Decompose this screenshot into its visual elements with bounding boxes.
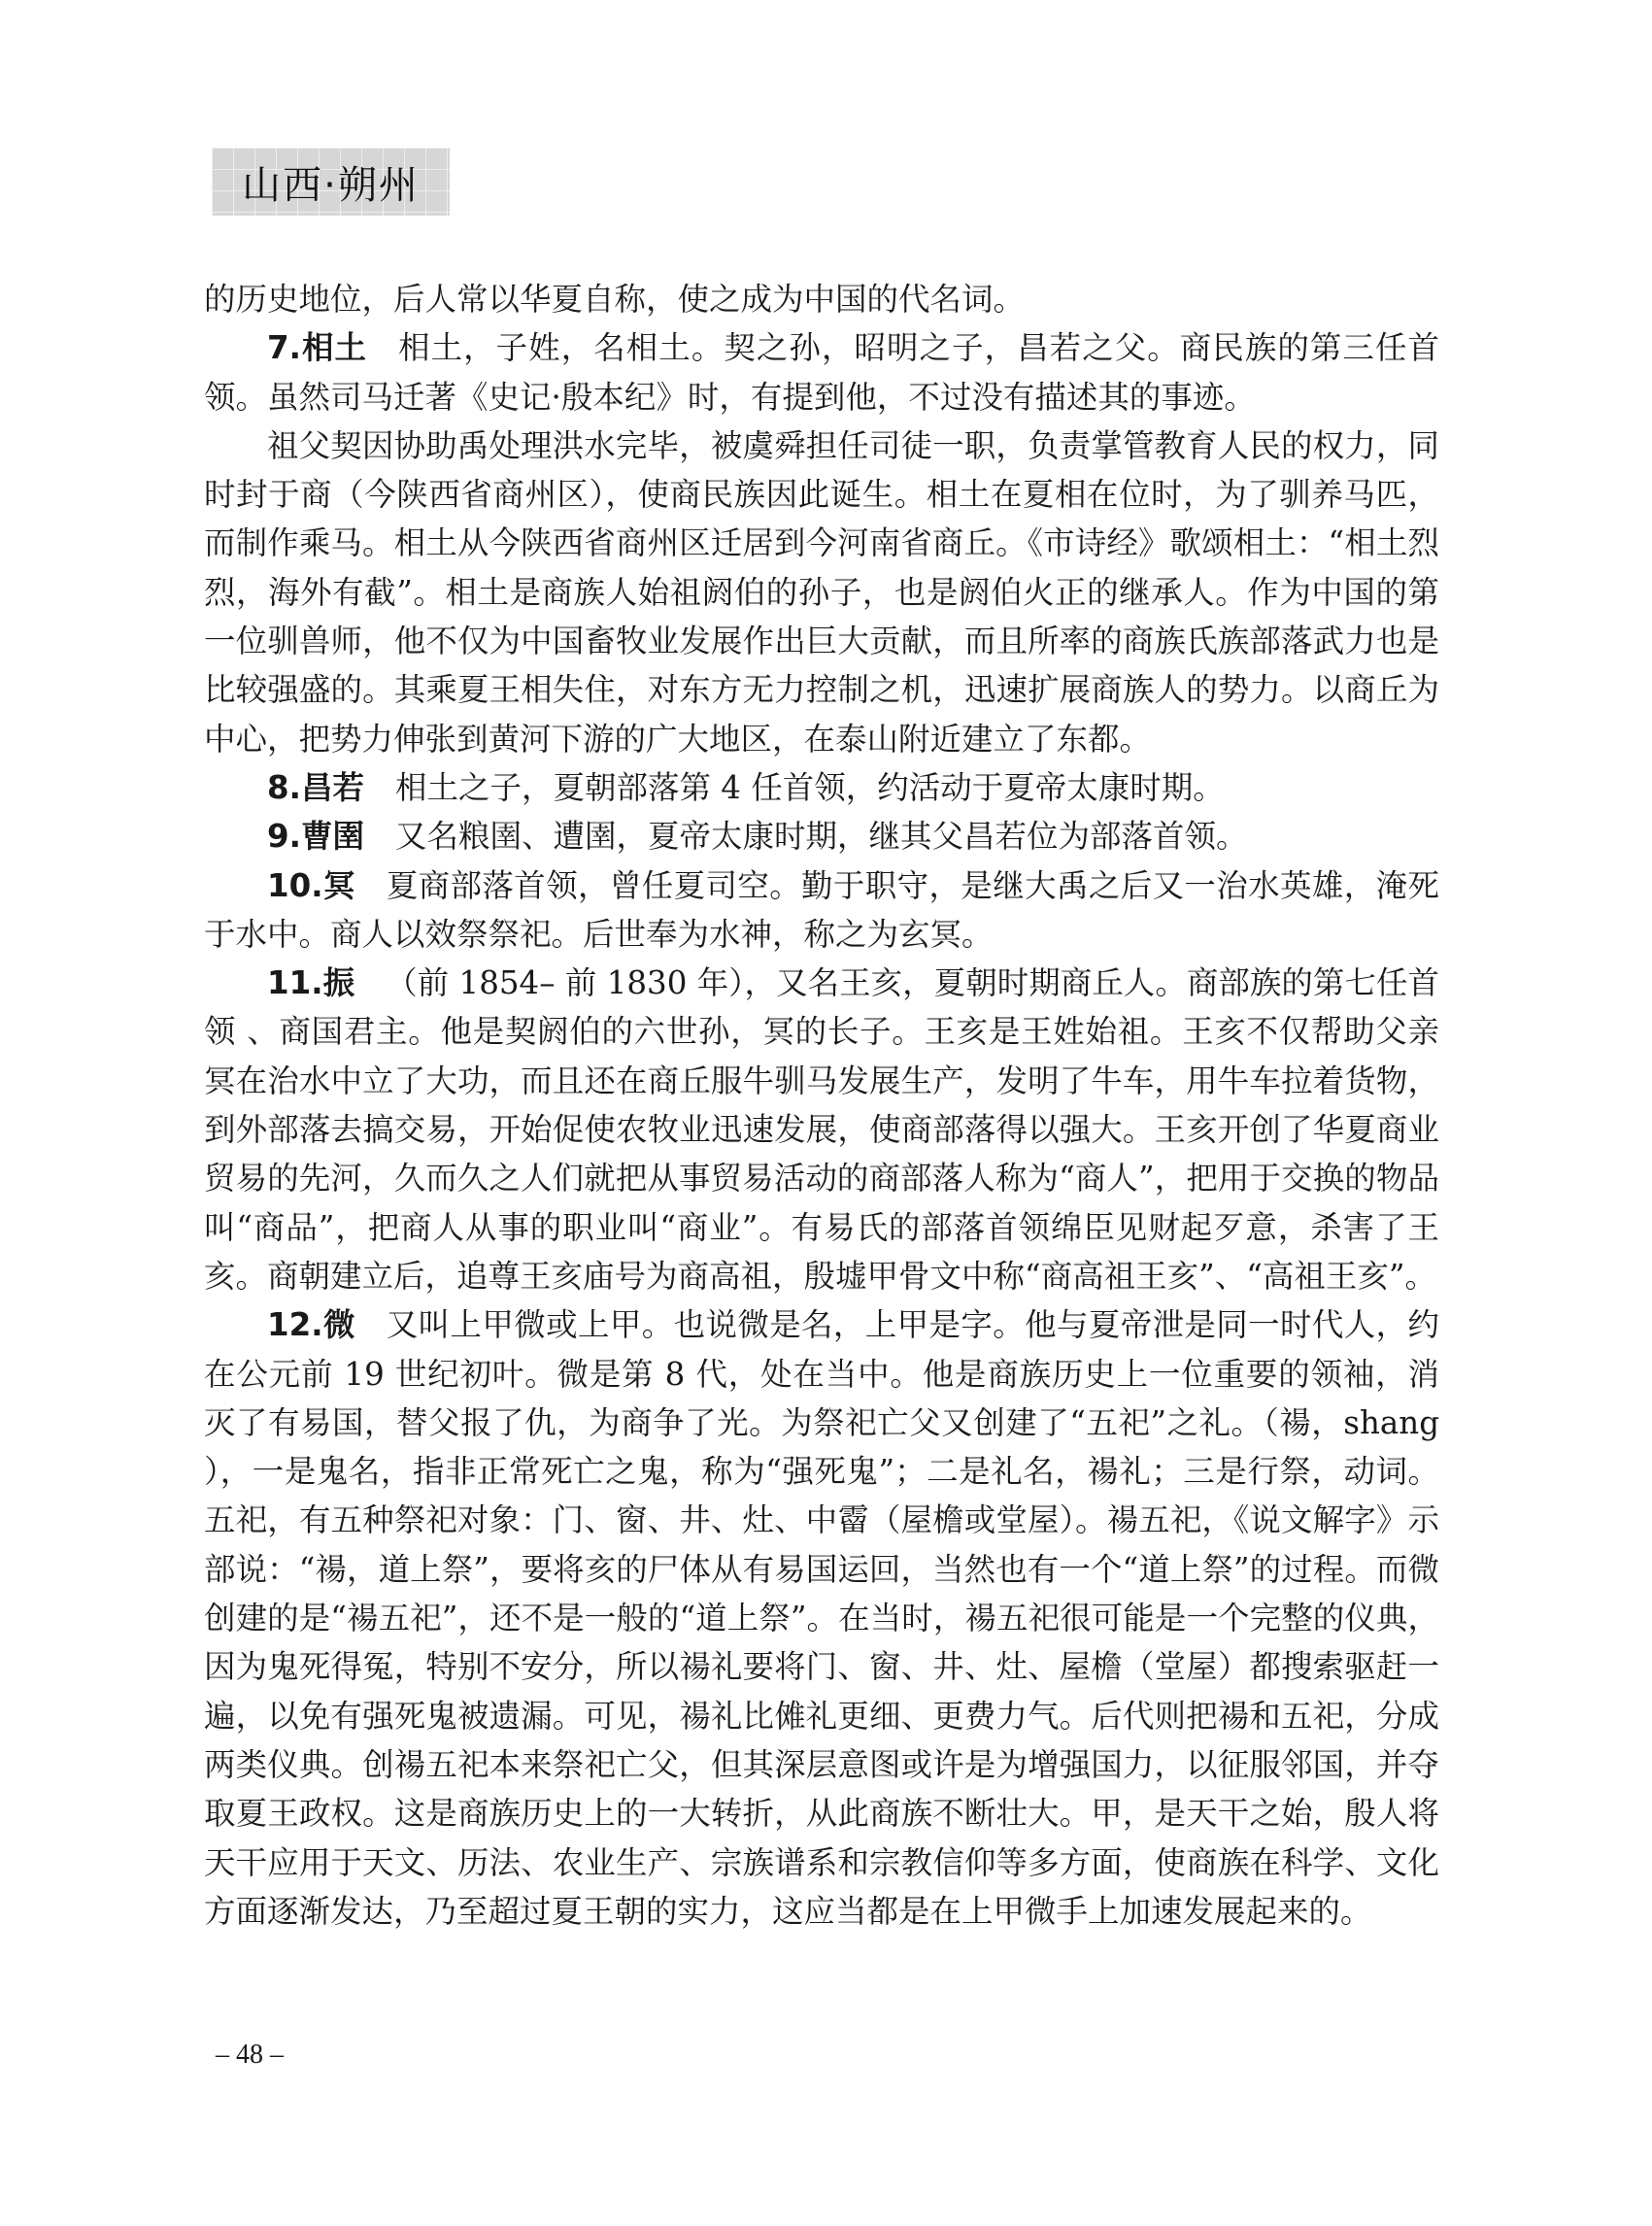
page-number: – 48 – (216, 2040, 284, 2071)
entry-caoyu: 9.曹圉又名粮圉、遭圉，夏帝太康时期，继其父昌若位为部落首领。 (204, 812, 1439, 860)
entry-changruo: 8.昌若相土之子，夏朝部落第 4 任首领，约活动于夏帝太康时期。 (204, 763, 1439, 812)
running-header: 山西·朔州 (212, 148, 450, 216)
header-title: 山西·朔州 (242, 154, 420, 210)
paragraph-text: 又叫上甲微或上甲。也说微是名，上甲是字。他与夏帝泄是同一时代人，约在公元前 19… (204, 1306, 1439, 1930)
paragraph-xiangtu-detail: 祖父契因协助禹处理洪水完毕，被虞舜担任司徒一职，负责掌管教育人民的权力，同时封于… (204, 422, 1439, 763)
body-text: 的历史地位，后人常以华夏自称，使之成为中国的代名词。 7.相土相土，子姓，名相土… (204, 275, 1439, 1936)
paragraph-text: 又名粮圉、遭圉，夏帝太康时期，继其父昌若位为部落首领。 (395, 818, 1248, 855)
paragraph-text: 夏商部落首领，曾任夏司空。勤于职守，是继大禹之后又一治水英雄，淹死于水中。商人以… (204, 867, 1439, 953)
entry-ming: 10.冥夏商部落首领，曾任夏司空。勤于职守，是继大禹之后又一治水英雄，淹死于水中… (204, 861, 1439, 960)
entry-title: 11.振 (267, 964, 354, 1001)
paragraph-text: 相土，子姓，名相土。契之孙，昭明之子，昌若之父。商民族的第三任首领。虽然司马迁著… (204, 329, 1439, 415)
paragraph-text: 相土之子，夏朝部落第 4 任首领，约活动于夏帝太康时期。 (395, 769, 1225, 806)
entry-title: 9.曹圉 (267, 818, 364, 855)
entry-title: 8.昌若 (267, 769, 364, 806)
entry-title: 7.相土 (267, 329, 367, 366)
entry-xiangtu: 7.相土相土，子姓，名相土。契之孙，昭明之子，昌若之父。商民族的第三任首领。虽然… (204, 323, 1439, 422)
entry-title: 12.微 (267, 1306, 355, 1343)
paragraph-text: （前 1854– 前 1830 年），又名王亥，夏朝时期商丘人。商部族的第七任首… (204, 964, 1439, 1295)
paragraph-text: 的历史地位，后人常以华夏自称，使之成为中国的代名词。 (204, 281, 1025, 318)
entry-zhen: 11.振（前 1854– 前 1830 年），又名王亥，夏朝时期商丘人。商部族的… (204, 959, 1439, 1300)
paragraph-continuation: 的历史地位，后人常以华夏自称，使之成为中国的代名词。 (204, 275, 1439, 323)
entry-title: 10.冥 (267, 867, 355, 904)
entry-wei: 12.微又叫上甲微或上甲。也说微是名，上甲是字。他与夏帝泄是同一时代人，约在公元… (204, 1300, 1439, 1936)
paragraph-text: 祖父契因协助禹处理洪水完毕，被虞舜担任司徒一职，负责掌管教育人民的权力，同时封于… (204, 427, 1439, 758)
